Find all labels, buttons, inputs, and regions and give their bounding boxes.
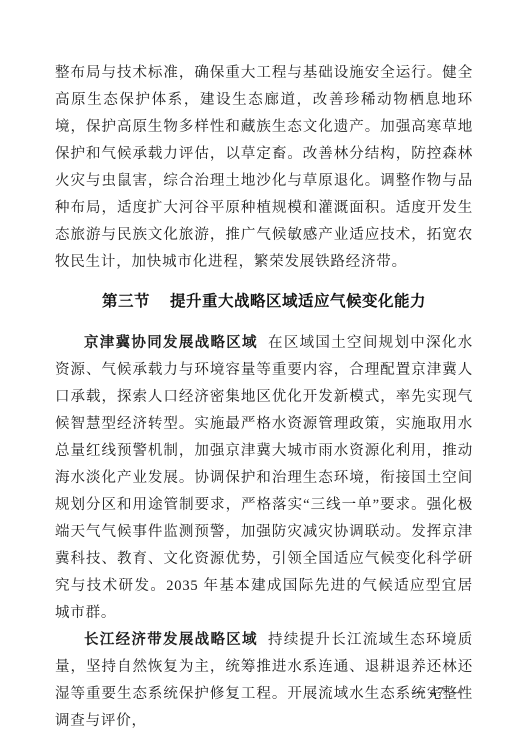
page-number: — 47 — <box>412 684 464 700</box>
section-number: 第三节 <box>102 293 150 310</box>
paragraph-jingjinji: 京津冀协同发展战略区域在区域国土空间规划中深化水资源、气候承载力与环境容量等重要… <box>55 330 473 627</box>
paragraph-changjiang: 长江经济带发展战略区域持续提升长江流域生态环境质量，坚持自然恢复为主，统筹推进水… <box>55 627 473 735</box>
document-page: 整布局与技术标准，确保重大工程与基础设施安全运行。健全高原生态保护体系，建设生态… <box>0 0 527 747</box>
paragraph-changjiang-lead: 长江经济带发展战略区域 <box>84 632 258 648</box>
section-heading: 第三节 提升重大战略区域适应气候变化能力 <box>55 288 473 315</box>
section-title: 提升重大战略区域适应气候变化能力 <box>170 293 426 310</box>
page-content: 整布局与技术标准，确保重大工程与基础设施安全运行。健全高原生态保护体系，建设生态… <box>55 0 473 735</box>
paragraph-continuation: 整布局与技术标准，确保重大工程与基础设施安全运行。健全高原生态保护体系，建设生态… <box>55 60 473 276</box>
paragraph-jingjinji-lead: 京津冀协同发展战略区域 <box>84 335 258 351</box>
paragraph-jingjinji-body: 在区域国土空间规划中深化水资源、气候承载力与环境容量等重要内容，合理配置京津冀人… <box>55 335 473 621</box>
